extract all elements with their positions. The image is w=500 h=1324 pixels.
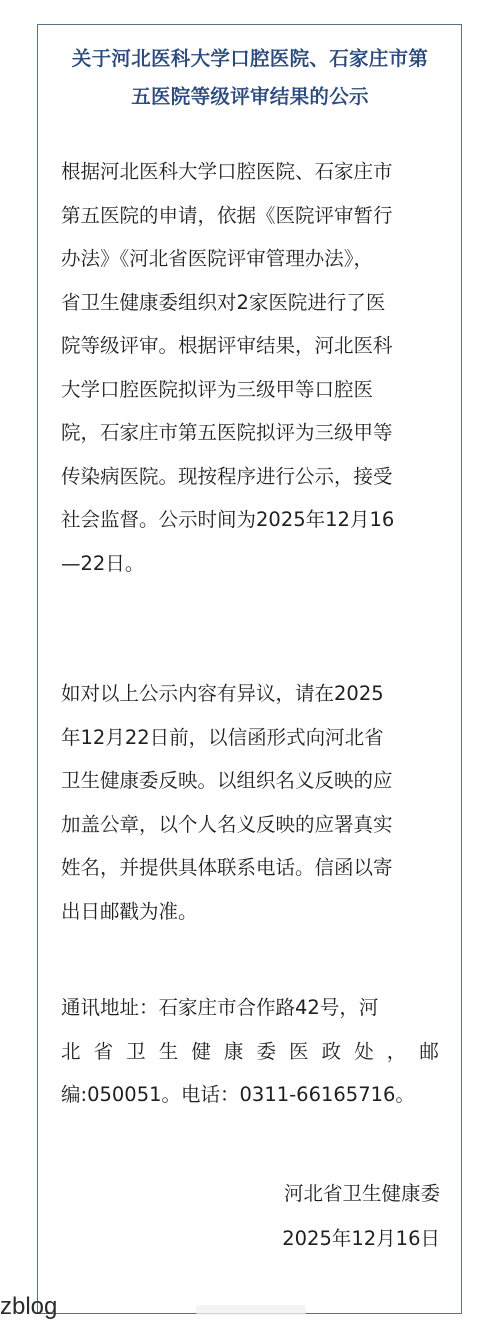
text-line: 省卫生健康委组织对2家医院进行了医 <box>61 281 439 325</box>
char: 邮 <box>419 1030 439 1074</box>
paragraph-objection: 如对以上公示内容有异议，请在2025 年12月22日前，以信函形式向河北省 卫生… <box>61 672 439 933</box>
char: 政 <box>322 1030 342 1074</box>
signature-date: 2025年12月16日 <box>282 1223 440 1251</box>
char: 处 <box>354 1030 374 1074</box>
notice-title: 关于河北医科大学口腔医院、石家庄市第 五医院等级评审结果的公示 <box>50 40 450 116</box>
signature-organization: 河北省卫生健康委 <box>284 1178 440 1206</box>
text-line: 第五医院的申请，依据《医院评审暂行 <box>61 194 439 238</box>
text-line: 如对以上公示内容有异议，请在2025 <box>61 672 439 716</box>
title-line: 关于河北医科大学口腔医院、石家庄市第 <box>50 40 450 78</box>
text-line: 年12月22日前，以信函形式向河北省 <box>61 716 439 760</box>
phone-line: 编:050051。电话：0311-66165716。 <box>61 1073 439 1117</box>
char: 康 <box>224 1030 244 1074</box>
address-line: 通讯地址：石家庄市合作路42号，河 <box>61 986 439 1030</box>
char: ， <box>387 1030 407 1074</box>
text-line: 社会监督。公示时间为2025年12月16 <box>61 498 439 542</box>
text-line: 院等级评审。根据评审结果，河北医科 <box>61 324 439 368</box>
title-line: 五医院等级评审结果的公示 <box>50 78 450 116</box>
brand-label: zblog <box>0 1293 57 1321</box>
text-line: 院，石家庄市第五医院拟评为三级甲等 <box>61 411 439 455</box>
char: 委 <box>256 1030 276 1074</box>
text-line: 卫生健康委反映。以组织名义反映的应 <box>61 759 439 803</box>
paragraph-application: 根据河北医科大学口腔医院、石家庄市 第五医院的申请，依据《医院评审暂行 办法》《… <box>61 150 439 585</box>
text-line: 办法》《河北省医院评审管理办法》， <box>61 237 439 281</box>
paragraph-contact: 通讯地址：石家庄市合作路42号，河 北 省 卫 生 健 康 委 医 政 处 ， … <box>61 986 439 1117</box>
text-line: —22日。 <box>61 542 439 586</box>
char: 北 <box>61 1030 81 1074</box>
text-line: 姓名，并提供具体联系电话。信函以寄 <box>61 846 439 890</box>
text-line: 加盖公章，以个人名义反映的应署真实 <box>61 803 439 847</box>
char: 省 <box>94 1030 114 1074</box>
char: 健 <box>191 1030 211 1074</box>
text-line: 大学口腔医院拟评为三级甲等口腔医 <box>61 368 439 412</box>
address-line-justified: 北 省 卫 生 健 康 委 医 政 处 ， 邮 <box>61 1030 439 1074</box>
text-line: 根据河北医科大学口腔医院、石家庄市 <box>61 150 439 194</box>
text-line: 传染病医院。现按程序进行公示，接受 <box>61 455 439 499</box>
watermark <box>196 1305 306 1315</box>
char: 生 <box>159 1030 179 1074</box>
char: 医 <box>289 1030 309 1074</box>
text-line: 出日邮戳为准。 <box>61 890 439 934</box>
char: 卫 <box>126 1030 146 1074</box>
